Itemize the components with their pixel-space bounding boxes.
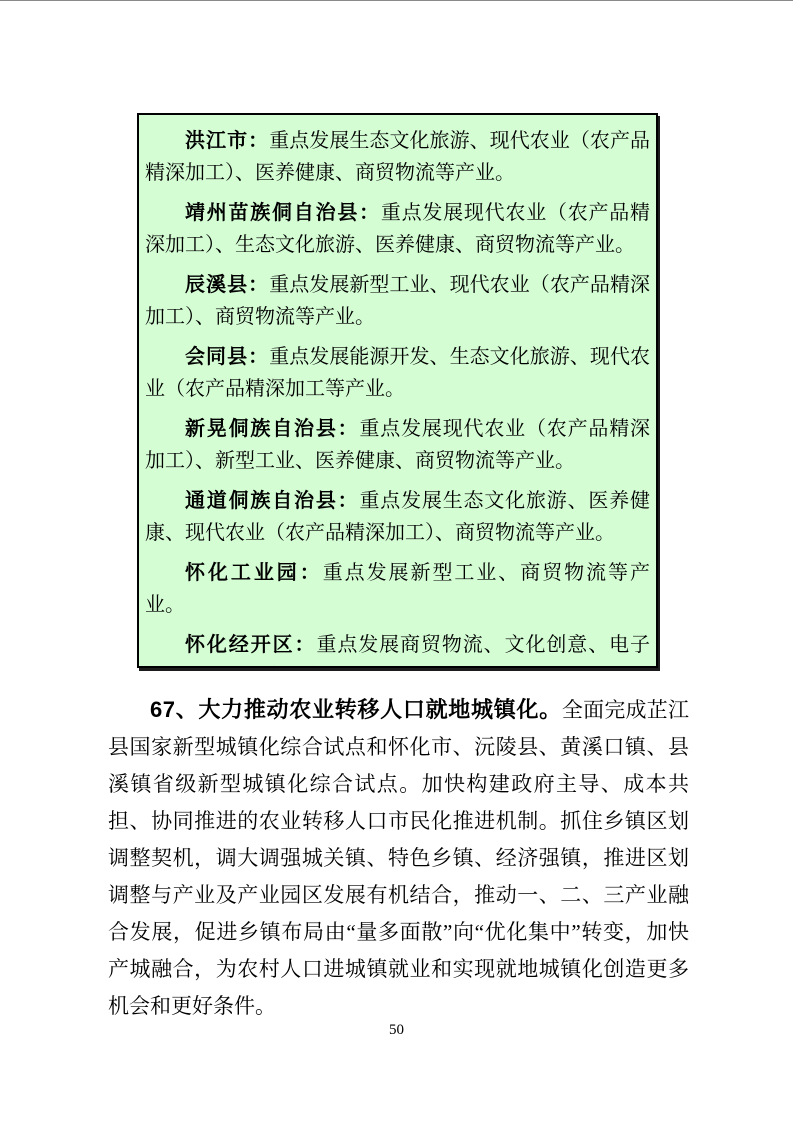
region-paragraph: 靖州苗族侗自治县：重点发展现代农业（农产品精深加工）、生态文化旅游、医养健康、商… xyxy=(145,197,650,261)
page-top-scan-line xyxy=(0,0,793,1)
item-67-paragraph: 67、大力推动农业转移人口就地城镇化。全面完成芷江县国家新型城镇化综合试点和怀化… xyxy=(108,691,689,1025)
region-name: 怀化工业园： xyxy=(185,562,323,584)
region-name: 辰溪县： xyxy=(185,274,269,296)
region-name: 会同县： xyxy=(185,346,269,368)
region-paragraph: 怀化经开区：重点发展商贸物流、文化创意、电子商务、医养健康等产业。 xyxy=(145,629,650,668)
page-number: 50 xyxy=(0,1022,793,1039)
region-paragraph: 洪江市：重点发展生态文化旅游、现代农业（农产品精深加工）、医养健康、商贸物流等产… xyxy=(145,125,650,189)
item-67-heading: 67、大力推动农业转移人口就地城镇化。 xyxy=(150,697,562,722)
region-name: 新晃侗族自治县： xyxy=(185,418,359,440)
region-paragraph: 怀化工业园：重点发展新型工业、商贸物流等产业。 xyxy=(145,557,650,621)
region-paragraph: 新晃侗族自治县：重点发展现代农业（农产品精深加工）、新型工业、医养健康、商贸物流… xyxy=(145,413,650,477)
item-67-body: 全面完成芷江县国家新型城镇化综合试点和怀化市、沅陵县、黄溪口镇、县溪镇省级新型城… xyxy=(108,698,689,1018)
regional-industries-highlight-box: 洪江市：重点发展生态文化旅游、现代农业（农产品精深加工）、医养健康、商贸物流等产… xyxy=(137,113,658,668)
region-paragraph: 辰溪县：重点发展新型工业、现代农业（农产品精深加工）、商贸物流等产业。 xyxy=(145,269,650,333)
region-name: 通道侗族自治县： xyxy=(185,490,359,512)
region-paragraph: 通道侗族自治县：重点发展生态文化旅游、医养健康、现代农业（农产品精深加工）、商贸… xyxy=(145,485,650,549)
region-name: 怀化经开区： xyxy=(185,634,316,656)
region-name: 靖州苗族侗自治县： xyxy=(185,202,381,224)
region-paragraph: 会同县：重点发展能源开发、生态文化旅游、现代农业（农产品精深加工等产业。 xyxy=(145,341,650,405)
document-page: { "colors": { "box_background": "#d4fdd4… xyxy=(0,0,793,1122)
region-name: 洪江市： xyxy=(185,130,269,152)
